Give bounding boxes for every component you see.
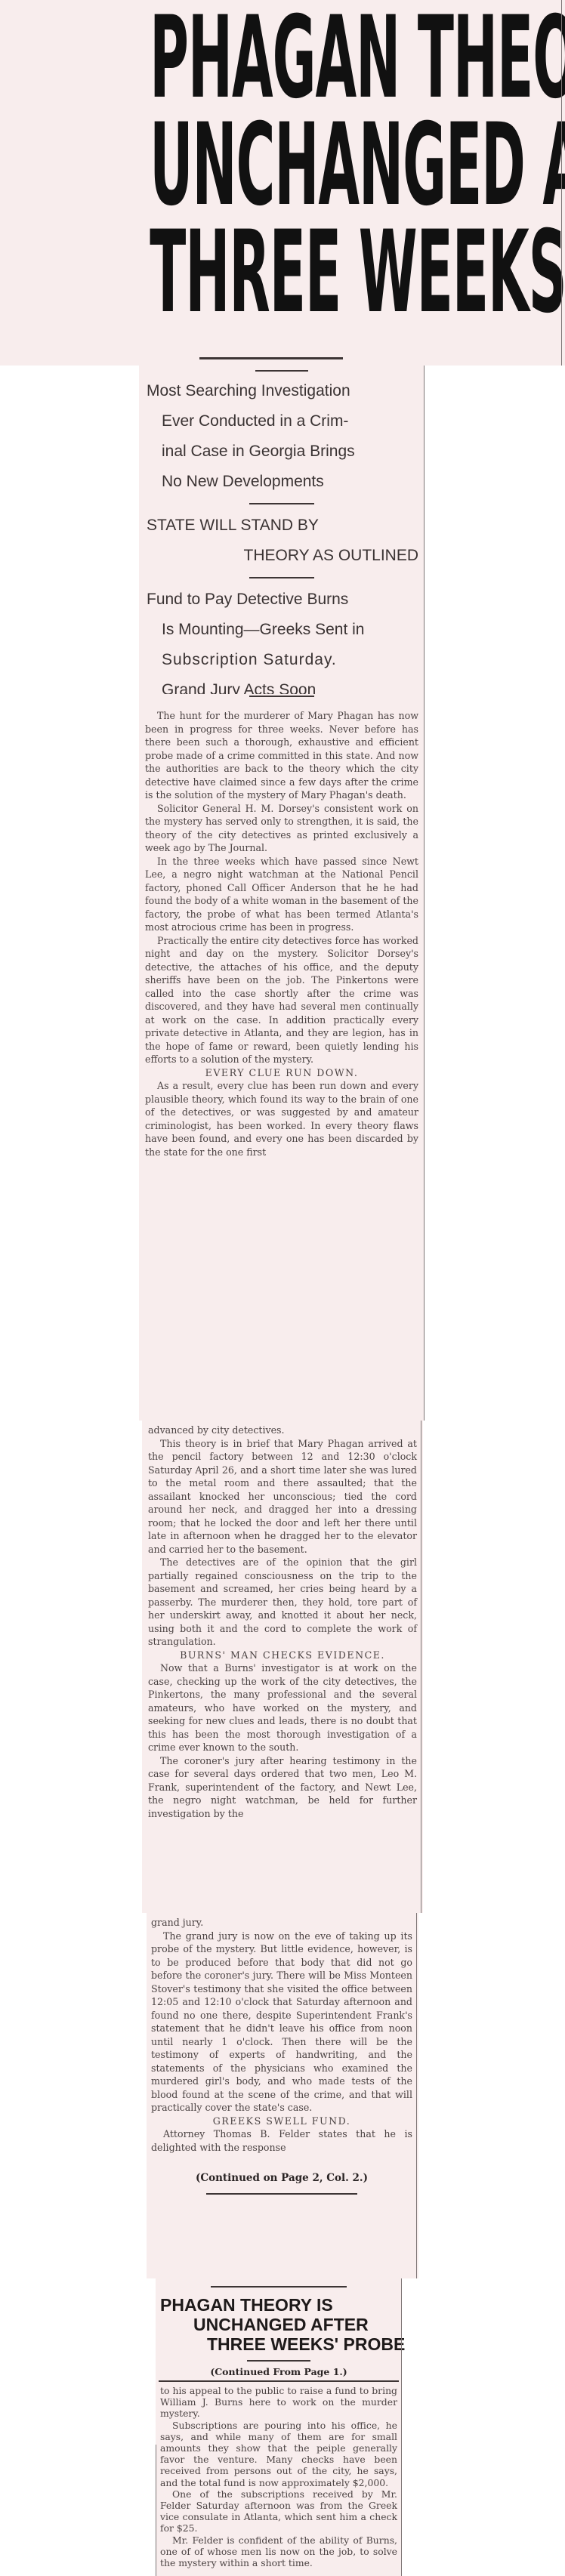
paragraph: In the three weeks which have passed sin…	[145, 855, 418, 934]
paragraph: The grand jury is now on the eve of taki…	[151, 1930, 412, 2115]
paragraph: advanced by city detectives.	[148, 1424, 417, 1437]
subheading: EVERY CLUE RUN DOWN.	[145, 1066, 418, 1080]
headline-line: PHAGAN THEORY IS	[150, 5, 415, 112]
divider-rule	[247, 2360, 310, 2362]
deck-line: Most Searching Investigation	[162, 376, 418, 406]
deck-line: STATE WILL STAND BY	[147, 511, 418, 541]
headline-line: THREE WEEKS' PROBE	[160, 2334, 397, 2354]
continued-on-notice: (Continued on Page 2, Col. 2.)	[151, 2172, 412, 2186]
headline-line: PHAGAN THEORY IS	[160, 2295, 397, 2315]
column-rule	[156, 2445, 156, 2576]
paragraph: The hunt for the murderer of Mary Phagan…	[145, 709, 418, 802]
article-text: The hunt for the murderer of Mary Phagan…	[139, 694, 425, 1158]
column-rule	[401, 2278, 402, 2576]
deck-line: Is Mounting—Greeks Sent in	[147, 615, 418, 645]
subheading: GREEKS SWELL FUND.	[151, 2115, 412, 2128]
article-body-segment-3: grand jury. The grand jury is now on the…	[147, 1913, 418, 2278]
paragraph: Subscriptions are pouring into his offic…	[160, 2420, 397, 2488]
article-text: advanced by city detectives. This theory…	[142, 1421, 423, 1820]
divider-rule	[199, 357, 343, 359]
paragraph: As a result, every clue has been run dow…	[145, 1079, 418, 1158]
column-rule	[421, 1421, 421, 1913]
paragraph: grand jury.	[151, 1916, 412, 1930]
headline-panel: PHAGAN THEORY IS UNCHANGED AFTER THREE W…	[0, 0, 565, 366]
divider-rule	[249, 503, 314, 504]
article-text: to his appeal to the public to raise a f…	[156, 2382, 402, 2568]
headline-line: THREE WEEKS' PROBE	[150, 219, 415, 326]
article-text: grand jury. The grand jury is now on the…	[147, 1913, 418, 2195]
paragraph: The detectives are of the opinion that t…	[148, 1556, 417, 1649]
deck-line: THEORY AS OUTLINED	[147, 541, 418, 571]
deck-2: STATE WILL STAND BY THEORY AS OUTLINED	[139, 511, 425, 571]
paragraph: Attorney Thomas B. Felder states that he…	[151, 2127, 412, 2154]
paragraph: Practically the entire city detectives f…	[145, 934, 418, 1066]
divider-rule	[249, 696, 314, 697]
column-rule	[561, 0, 562, 366]
headline-line: UNCHANGED AFTER	[150, 112, 415, 219]
paragraph: Now that a Burns' investigator is at wor…	[148, 1661, 417, 1754]
main-headline: PHAGAN THEORY IS UNCHANGED AFTER THREE W…	[0, 0, 565, 326]
subheading: BURNS' MAN CHECKS EVIDENCE.	[148, 1649, 417, 1662]
deck-1: Most Searching Investigation Ever Conduc…	[139, 376, 425, 497]
headline-line: UNCHANGED AFTER	[160, 2315, 397, 2334]
continuation-panel: PHAGAN THEORY IS UNCHANGED AFTER THREE W…	[156, 2278, 402, 2576]
article-body-segment-1: The hunt for the murderer of Mary Phagan…	[139, 694, 425, 1421]
divider-rule	[255, 370, 308, 372]
deck-3: Fund to Pay Detective Burns Is Mounting—…	[139, 585, 425, 705]
paragraph: Solicitor General H. M. Dorsey's consist…	[145, 802, 418, 855]
deck-line: Ever Conducted in a Crim-	[162, 406, 418, 437]
paragraph: to his appeal to the public to raise a f…	[160, 2385, 397, 2420]
paragraph: The coroner's jury after hearing testimo…	[148, 1754, 417, 1821]
deck-line: inal Case in Georgia Brings	[162, 437, 418, 467]
column-rule	[424, 366, 425, 694]
divider-rule	[249, 577, 314, 578]
continuation-headline: PHAGAN THEORY IS UNCHANGED AFTER THREE W…	[156, 2295, 402, 2354]
column-rule	[424, 694, 425, 1421]
deck-line: Fund to Pay Detective Burns	[147, 585, 418, 615]
deck-panel: Most Searching Investigation Ever Conduc…	[139, 366, 425, 694]
deck-line: Subscription Saturday.	[147, 645, 418, 675]
divider-rule	[206, 2193, 357, 2195]
article-body-segment-2: advanced by city detectives. This theory…	[142, 1421, 423, 1913]
paragraph: This theory is in brief that Mary Phagan…	[148, 1437, 417, 1556]
continued-from-notice: (Continued From Page 1.)	[156, 2366, 402, 2377]
paragraph: Mr. Felder is confident of the ability o…	[160, 2534, 397, 2569]
deck-line: No New Developments	[162, 467, 418, 497]
column-rule	[416, 1913, 417, 2278]
paragraph: One of the subscriptions received by Mr.…	[160, 2488, 397, 2534]
divider-rule	[211, 2286, 347, 2288]
